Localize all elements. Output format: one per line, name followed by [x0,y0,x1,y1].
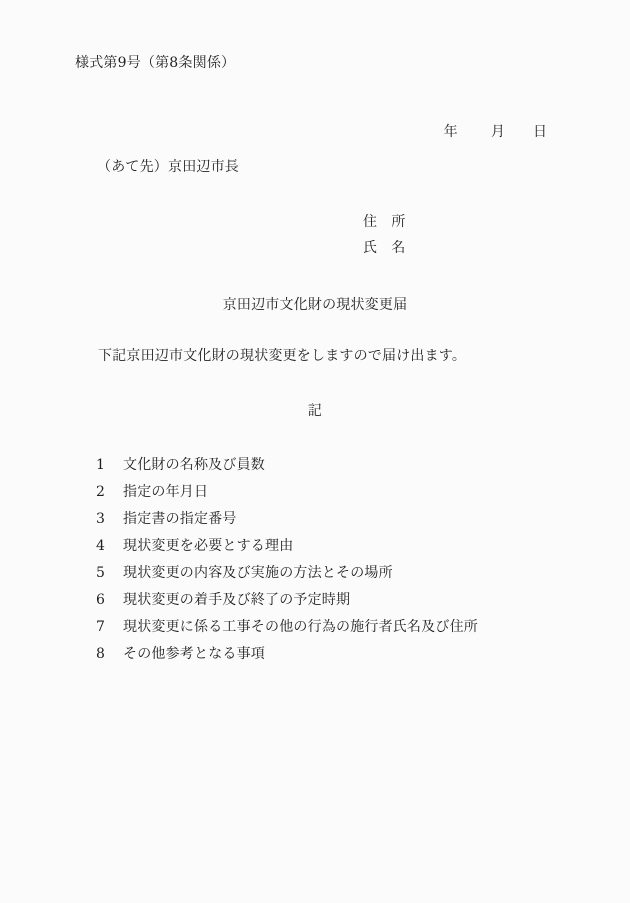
item-list: 1 文化財の名称及び員数 2 指定の年月日 3 指定書の指定番号 4 現状変更を… [96,452,478,668]
list-item: 7 現状変更に係る工事その他の行為の施行者氏名及び住所 [96,614,478,641]
item-number: 1 [96,452,123,479]
list-item: 3 指定書の指定番号 [96,506,478,533]
addressee-label: （あて先）京田辺市長 [97,157,239,177]
form-number: 様式第9号（第8条関係） [75,53,235,73]
list-header-ki: 記 [0,401,630,421]
list-item: 5 現状変更の内容及び実施の方法とその場所 [96,560,478,587]
name-field-label: 氏 名 [363,238,406,258]
item-number: 6 [96,587,123,614]
body-sentence: 下記京田辺市文化財の現状変更をしますので届け出ます。 [98,346,466,366]
date-line: 年月日 [425,102,547,162]
item-text: 文化財の名称及び員数 [123,452,265,479]
document-title: 京田辺市文化財の現状変更届 [0,295,630,315]
date-day-label: 日 [533,124,547,140]
date-year-label: 年 [444,124,458,140]
item-number: 7 [96,614,123,641]
list-item: 2 指定の年月日 [96,479,478,506]
item-number: 3 [96,506,123,533]
list-item: 1 文化財の名称及び員数 [96,452,478,479]
list-item: 4 現状変更を必要とする理由 [96,533,478,560]
list-item: 8 その他参考となる事項 [96,641,478,668]
item-text: 現状変更の着手及び終了の予定時期 [123,587,350,614]
date-month-label: 月 [491,124,505,140]
document-page: 様式第9号（第8条関係） 年月日 （あて先）京田辺市長 住 所 氏 名 京田辺市… [0,0,630,903]
list-item: 6 現状変更の着手及び終了の予定時期 [96,587,478,614]
item-text: 現状変更を必要とする理由 [123,533,293,560]
item-number: 2 [96,479,123,506]
item-number: 4 [96,533,123,560]
item-text: その他参考となる事項 [123,641,265,668]
item-text: 現状変更の内容及び実施の方法とその場所 [123,560,393,587]
address-field-label: 住 所 [363,212,406,232]
item-text: 指定の年月日 [123,479,208,506]
item-number: 5 [96,560,123,587]
item-text: 現状変更に係る工事その他の行為の施行者氏名及び住所 [123,614,478,641]
item-number: 8 [96,641,123,668]
item-text: 指定書の指定番号 [123,506,237,533]
